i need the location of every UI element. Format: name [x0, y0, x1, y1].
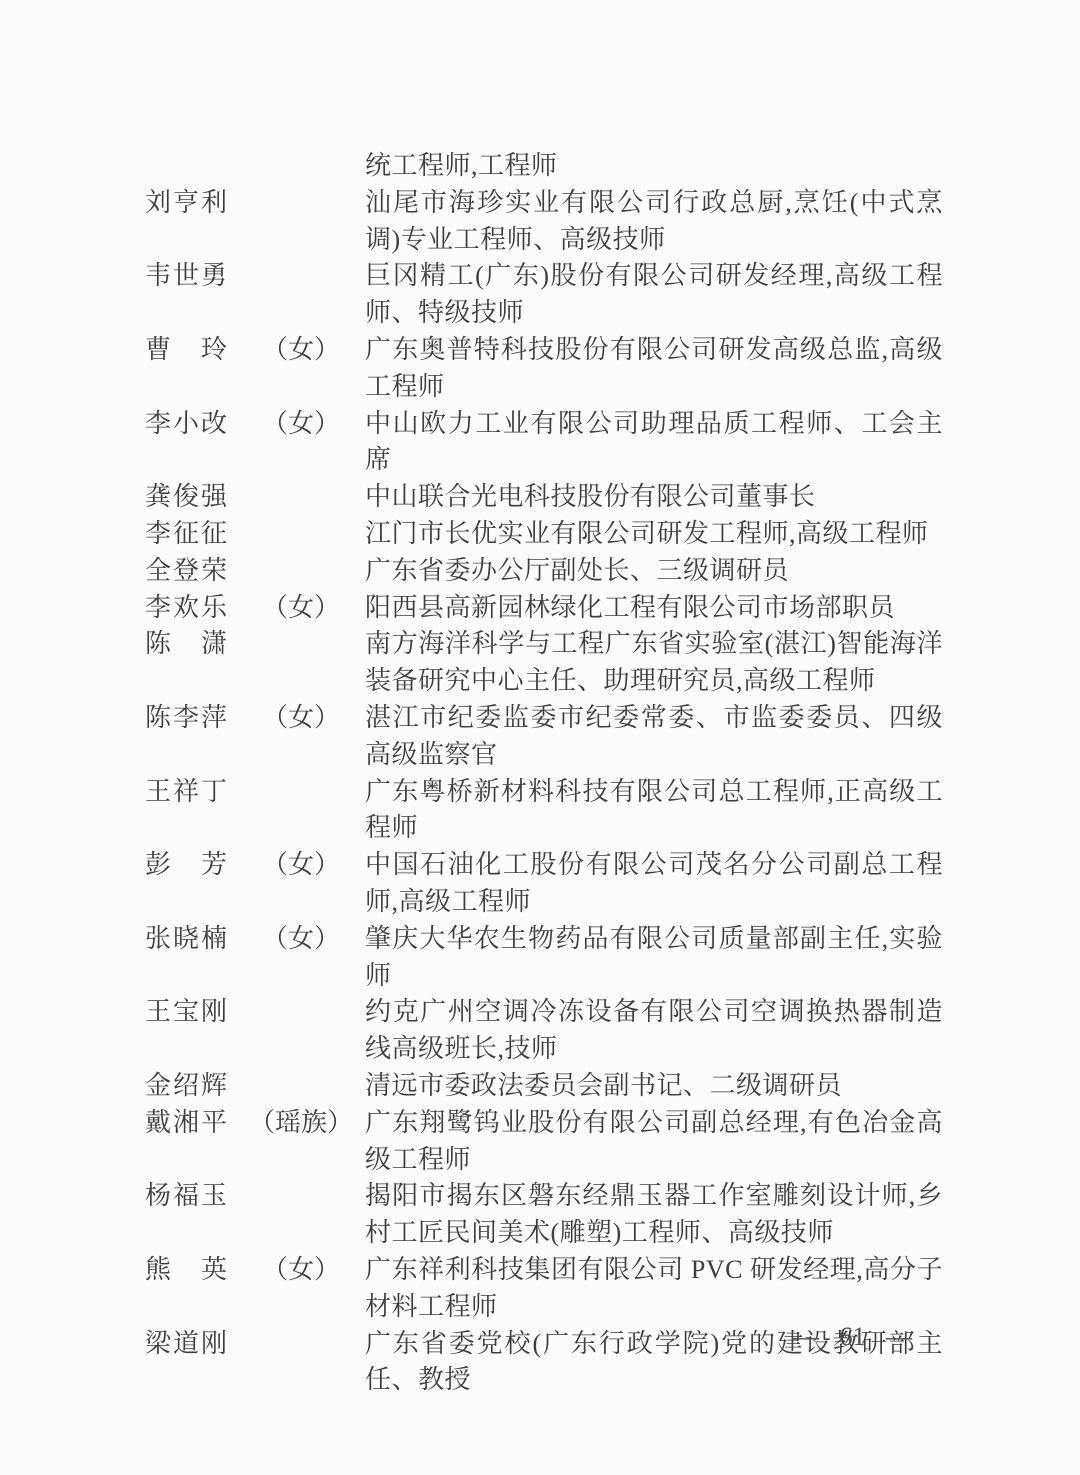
roster-row: 曹 玲 （女） 广东奥普特科技股份有限公司研发高级总监,高级工程师	[145, 332, 945, 406]
person-name: 陈李萍	[145, 700, 237, 737]
person-title: 肇庆大华农生物药品有限公司质量部副主任,实验师	[365, 921, 943, 995]
person-title: 江门市长优实业有限公司研发工程师,高级工程师	[365, 516, 943, 553]
roster-row: 刘亨利 汕尾市海珍实业有限公司行政总厨,烹饪(中式烹调)专业工程师、高级技师	[145, 185, 945, 259]
person-title: 中山联合光电科技股份有限公司董事长	[365, 479, 943, 516]
person-name: 韦世勇	[145, 258, 237, 295]
person-annotation: （女）	[237, 700, 365, 737]
person-name: 梁道刚	[145, 1326, 237, 1363]
roster-row: 熊 英 （女） 广东祥利科技集团有限公司 PVC 研发经理,高分子材料工程师	[145, 1252, 945, 1326]
roster-row: 陈李萍 （女） 湛江市纪委监委市纪委常委、市监委委员、四级高级监察官	[145, 700, 945, 774]
roster-row: 杨福玉 揭阳市揭东区磐东经鼎玉器工作室雕刻设计师,乡村工匠民间美术(雕塑)工程师…	[145, 1178, 945, 1252]
person-name: 李征征	[145, 516, 237, 553]
person-name: 龚俊强	[145, 479, 237, 516]
roster-row: 龚俊强 中山联合光电科技股份有限公司董事长	[145, 479, 945, 516]
page-number: — 61 —	[793, 1322, 912, 1352]
person-name: 陈 潇	[145, 626, 237, 663]
person-title: 揭阳市揭东区磐东经鼎玉器工作室雕刻设计师,乡村工匠民间美术(雕塑)工程师、高级技…	[365, 1178, 943, 1252]
person-annotation: （女）	[237, 847, 365, 884]
person-name: 王祥丁	[145, 774, 237, 811]
person-name: 戴湘平	[145, 1105, 237, 1142]
roster-row: 李征征 江门市长优实业有限公司研发工程师,高级工程师	[145, 516, 945, 553]
person-title: 统工程师,工程师	[365, 148, 943, 185]
person-title: 广东粤桥新材料科技有限公司总工程师,正高级工程师	[365, 774, 943, 848]
person-title: 清远市委政法委员会副书记、二级调研员	[365, 1068, 943, 1105]
person-name: 李欢乐	[145, 590, 237, 627]
person-name: 熊 英	[145, 1252, 237, 1289]
roster-row: 戴湘平 （瑶族） 广东翔鹭钨业股份有限公司副总经理,有色冶金高级工程师	[145, 1105, 945, 1179]
person-title: 汕尾市海珍实业有限公司行政总厨,烹饪(中式烹调)专业工程师、高级技师	[365, 185, 943, 259]
person-title: 南方海洋科学与工程广东省实验室(湛江)智能海洋装备研究中心主任、助理研究员,高级…	[365, 626, 943, 700]
person-title: 中山欧力工业有限公司助理品质工程师、工会主席	[365, 406, 943, 480]
person-annotation: （瑶族）	[237, 1105, 365, 1142]
person-annotation: （女）	[237, 590, 365, 627]
roster-list: 统工程师,工程师 刘亨利 汕尾市海珍实业有限公司行政总厨,烹饪(中式烹调)专业工…	[145, 148, 945, 1399]
person-title: 约克广州空调冷冻设备有限公司空调换热器制造线高级班长,技师	[365, 994, 943, 1068]
person-name: 张晓楠	[145, 921, 237, 958]
roster-row: 张晓楠 （女） 肇庆大华农生物药品有限公司质量部副主任,实验师	[145, 921, 945, 995]
person-name: 杨福玉	[145, 1178, 237, 1215]
person-annotation: （女）	[237, 921, 365, 958]
person-title: 巨冈精工(广东)股份有限公司研发经理,高级工程师、特级技师	[365, 258, 943, 332]
roster-row: 彭 芳 （女） 中国石油化工股份有限公司茂名分公司副总工程师,高级工程师	[145, 847, 945, 921]
roster-row: 金绍辉 清远市委政法委员会副书记、二级调研员	[145, 1068, 945, 1105]
person-annotation: （女）	[237, 332, 365, 369]
roster-row: 王宝刚 约克广州空调冷冻设备有限公司空调换热器制造线高级班长,技师	[145, 994, 945, 1068]
person-name: 李小改	[145, 406, 237, 443]
document-page: 统工程师,工程师 刘亨利 汕尾市海珍实业有限公司行政总厨,烹饪(中式烹调)专业工…	[0, 0, 1080, 1475]
roster-row: 陈 潇 南方海洋科学与工程广东省实验室(湛江)智能海洋装备研究中心主任、助理研究…	[145, 626, 945, 700]
person-title: 阳西县高新园林绿化工程有限公司市场部职员	[365, 590, 943, 627]
roster-row: 统工程师,工程师	[145, 148, 945, 185]
person-title: 湛江市纪委监委市纪委常委、市监委委员、四级高级监察官	[365, 700, 943, 774]
roster-row: 李小改 （女） 中山欧力工业有限公司助理品质工程师、工会主席	[145, 406, 945, 480]
person-annotation: （女）	[237, 406, 365, 443]
person-name: 王宝刚	[145, 994, 237, 1031]
person-name: 曹 玲	[145, 332, 237, 369]
person-name: 刘亨利	[145, 185, 237, 222]
person-name: 全登荣	[145, 553, 237, 590]
person-annotation: （女）	[237, 1252, 365, 1289]
person-name: 彭 芳	[145, 847, 237, 884]
person-name: 金绍辉	[145, 1068, 237, 1105]
roster-row: 全登荣 广东省委办公厅副处长、三级调研员	[145, 553, 945, 590]
roster-row: 李欢乐 （女） 阳西县高新园林绿化工程有限公司市场部职员	[145, 590, 945, 627]
roster-row: 王祥丁 广东粤桥新材料科技有限公司总工程师,正高级工程师	[145, 774, 945, 848]
person-title: 广东奥普特科技股份有限公司研发高级总监,高级工程师	[365, 332, 943, 406]
person-title: 中国石油化工股份有限公司茂名分公司副总工程师,高级工程师	[365, 847, 943, 921]
person-title: 广东祥利科技集团有限公司 PVC 研发经理,高分子材料工程师	[365, 1252, 943, 1326]
roster-row: 韦世勇 巨冈精工(广东)股份有限公司研发经理,高级工程师、特级技师	[145, 258, 945, 332]
person-title: 广东翔鹭钨业股份有限公司副总经理,有色冶金高级工程师	[365, 1105, 943, 1179]
person-title: 广东省委办公厅副处长、三级调研员	[365, 553, 943, 590]
